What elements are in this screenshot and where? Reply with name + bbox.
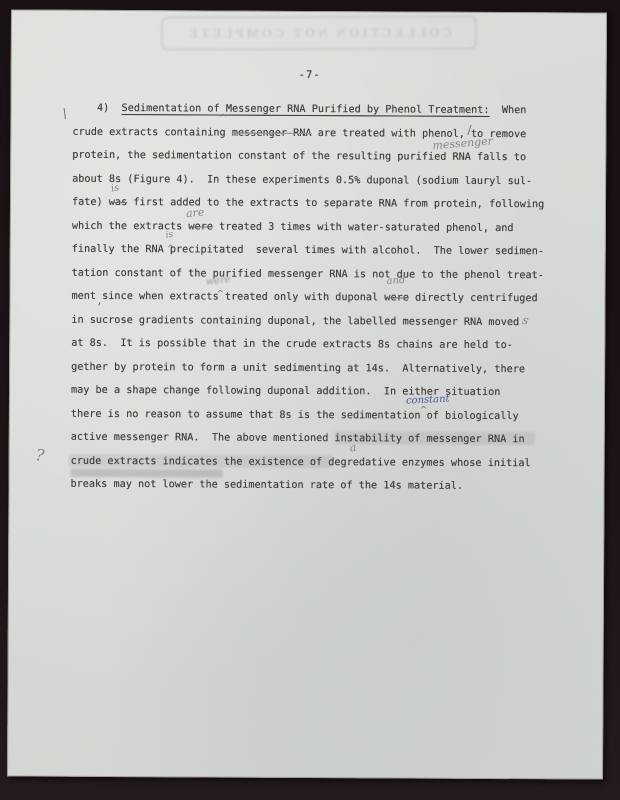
typed-line: about 8s (Figure 4). In these experiment… — [72, 172, 572, 198]
document-page: COLLECTION NOT COMPLETE -7- 4) Sedimenta… — [7, 9, 607, 779]
typed-text-segment: are treated with phenol, to remove — [312, 128, 527, 140]
typed-text-segment: breaks may not lower the sedimentation r… — [70, 479, 463, 492]
bleed-through-stamp-text: COLLECTION NOT COMPLETE — [186, 25, 452, 42]
struck-word: were — [384, 292, 409, 303]
stray-pencil-mark: \ — [61, 107, 68, 121]
photo-background: COLLECTION NOT COMPLETE -7- 4) Sedimenta… — [0, 0, 620, 800]
are-over-were: are — [185, 207, 204, 220]
page-number: -7- — [299, 69, 321, 81]
typed-text-segment: in sucrose gradients containing duponal,… — [71, 314, 519, 327]
typed-text-segment: active messenger RNA. The above mentione… — [71, 432, 525, 445]
typed-text-block: 4) Sedimentation of Messenger RNA Purifi… — [70, 102, 572, 504]
typed-text-segment: ment since when extracts treated only wi… — [71, 291, 384, 304]
is-over-was: is — [110, 183, 120, 194]
typed-line: finally the RNA precipitated several tim… — [72, 243, 572, 269]
handwritten-annotations-layer: \^/messengerisareis^,were^andsconstant^a… — [11, 9, 607, 12]
typed-text-segment: there is no reason to assume that 8s is … — [71, 408, 519, 421]
typed-text-segment: tation constant of the purified messenge… — [72, 267, 544, 280]
typed-text-segment: fate) — [72, 197, 109, 208]
typed-line: at 8s. It is possible that in the crude … — [71, 337, 571, 363]
typed-line: 4) Sedimentation of Messenger RNA Purifi… — [72, 102, 572, 128]
insert-is: is — [165, 231, 174, 241]
typed-line: may be a shape change following duponal … — [71, 384, 571, 410]
underlined-heading-text: Sedimentation of Messenger RNA Purified … — [122, 103, 490, 116]
typed-line: fate) was first added to the extracts to… — [72, 196, 572, 222]
typed-line: crude extracts containing messenger RNA … — [72, 125, 572, 151]
comma-slash: / — [467, 124, 471, 136]
typed-line: which the extracts were treated 3 times … — [72, 219, 572, 245]
bleed-through-stamp: COLLECTION NOT COMPLETE — [161, 16, 477, 51]
constant-insert: constant — [406, 395, 450, 407]
struck-word: were — [188, 221, 213, 232]
insert-caret-constant: ^ — [420, 407, 428, 416]
typed-line: in sucrose gradients containing duponal,… — [71, 313, 571, 339]
typed-line: ment since when extracts treated only wi… — [71, 290, 571, 316]
caret-extracts: ^ — [216, 291, 224, 300]
typed-text-segment: finally the RNA precipitated several tim… — [72, 244, 544, 257]
typed-line: there is no reason to assume that 8s is … — [71, 407, 571, 433]
typed-text-segment: directly centrifuged — [409, 293, 538, 305]
typed-line: breaks may not lower the sedimentation r… — [70, 478, 570, 504]
typed-text-segment: protein, the sedimentation constant of t… — [72, 150, 526, 163]
struck-word: messenger RNA — [232, 127, 312, 138]
typed-text-segment: about 8s (Figure 4). In these experiment… — [72, 173, 532, 186]
typed-text-segment: crude extracts containing — [72, 126, 232, 138]
typed-line: crude extracts indicates the existence o… — [71, 454, 571, 480]
typed-text-segment: When — [490, 105, 527, 116]
typed-text-segment: crude extracts indicates the existence o… — [71, 455, 531, 468]
typed-text-segment: at 8s. It is possible that in the crude … — [71, 338, 513, 351]
typed-text-segment: gether by protein to form a unit sedimen… — [71, 361, 525, 374]
a-correction: a — [349, 442, 357, 454]
inserted-comma: , — [97, 294, 101, 307]
typed-line: gether by protein to form a unit sedimen… — [71, 360, 571, 386]
typed-line: protein, the sedimentation constant of t… — [72, 149, 572, 175]
typed-text-segment: treated 3 times with water-saturated phe… — [213, 221, 514, 234]
insert-caret-rna: ^ — [167, 245, 175, 254]
typed-text-segment: 4) — [72, 103, 121, 114]
margin-question-mark: ? — [35, 447, 45, 464]
struck-word: was — [109, 197, 127, 208]
and-over-were: and — [386, 276, 405, 287]
typed-line: tation constant of the purified messenge… — [72, 266, 572, 292]
insert-caret-containing: ^ — [219, 115, 227, 124]
typed-line: active messenger RNA. The above mentione… — [71, 431, 571, 457]
